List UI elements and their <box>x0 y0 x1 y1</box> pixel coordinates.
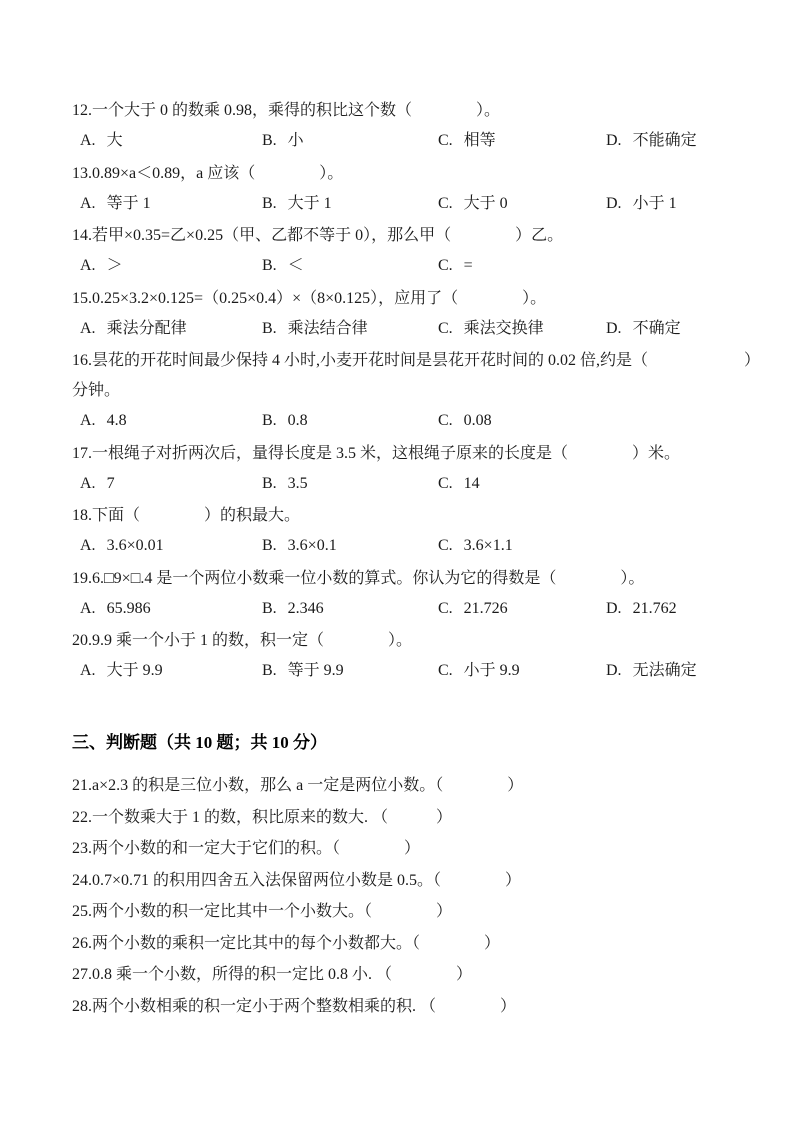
option-label: A. <box>80 537 96 554</box>
choice-question-17: 17.一根绳子对折两次后，量得长度是 3.5 米，这根绳子原来的长度是（ ）米。… <box>72 439 779 499</box>
option-text: 乘法交换律 <box>464 320 544 337</box>
option-label: B. <box>262 412 277 429</box>
option-text: 大于 9.9 <box>107 662 163 679</box>
option-label: B. <box>262 537 277 554</box>
option-b: B.0.8 <box>262 406 438 436</box>
option-label: B. <box>262 195 277 212</box>
question-stem: 20.9.9 乘一个小于 1 的数，积一定（ ）。 <box>72 626 779 656</box>
option-c: C.21.726 <box>438 594 606 624</box>
option-text: 等于 9.9 <box>288 662 344 679</box>
option-text: 3.6×1.1 <box>464 537 513 554</box>
option-text: 14 <box>464 475 480 492</box>
option-text: 大于 1 <box>288 195 332 212</box>
option-text: 乘法结合律 <box>288 320 368 337</box>
option-text: 3.6×0.01 <box>107 537 164 554</box>
option-c: C.14 <box>438 469 606 499</box>
document-page: 12.一个大于 0 的数乘 0.98，乘得的积比这个数（ ）。 A.大B.小C.… <box>0 0 793 1122</box>
judge-question-28: 28.两个小数相乘的积一定小于两个整数相乘的积. （ ） <box>72 992 779 1022</box>
question-stem: 18.下面（ ）的积最大。 <box>72 501 779 531</box>
options-row: A.大B.小C.相等D.不能确定 <box>72 126 779 156</box>
option-text: 小 <box>288 132 304 149</box>
option-label: D. <box>606 320 622 337</box>
option-text: 0.8 <box>288 412 308 429</box>
option-label: D. <box>606 662 622 679</box>
option-label: D. <box>606 600 622 617</box>
option-label: C. <box>438 132 453 149</box>
option-label: A. <box>80 600 96 617</box>
question-stem: 13.0.89×a＜0.89，a 应该（ ）。 <box>72 159 779 189</box>
option-c: C.3.6×1.1 <box>438 531 606 561</box>
section-heading-judgement: 三、判断题（共 10 题；共 10 分） <box>72 728 779 758</box>
option-label: C. <box>438 600 453 617</box>
question-stem: 14.若甲×0.35=乙×0.25（甲、乙都不等于 0），那么甲（ ）乙。 <box>72 221 779 251</box>
option-b: B.3.6×0.1 <box>262 531 438 561</box>
option-text: 无法确定 <box>633 662 697 679</box>
option-b: B.小 <box>262 126 438 156</box>
option-text: 21.726 <box>464 600 508 617</box>
option-label: C. <box>438 537 453 554</box>
option-d: D.小于 1 <box>606 189 677 219</box>
choice-question-16: 16.昙花的开花时间最少保持 4 小时,小麦开花时间是昙花开花时间的 0.02 … <box>72 346 779 436</box>
option-text: 2.346 <box>288 600 324 617</box>
option-a: A.65.986 <box>80 594 262 624</box>
judge-question-25: 25.两个小数的积一定比其中一个小数大。（ ） <box>72 897 779 927</box>
options-row: A.3.6×0.01B.3.6×0.1C.3.6×1.1 <box>72 531 779 561</box>
option-d: D.不确定 <box>606 314 681 344</box>
judge-question-23: 23.两个小数的和一定大于它们的积。（ ） <box>72 834 779 864</box>
option-label: C. <box>438 257 453 274</box>
options-row: A.4.8B.0.8C.0.08 <box>72 406 779 436</box>
options-row: A.65.986B.2.346C.21.726D.21.762 <box>72 594 779 624</box>
option-label: A. <box>80 662 96 679</box>
option-text: 7 <box>107 475 115 492</box>
option-text: 不能确定 <box>633 132 697 149</box>
option-c: C.相等 <box>438 126 606 156</box>
option-a: A.＞ <box>80 251 262 281</box>
option-b: B.＜ <box>262 251 438 281</box>
option-text: 相等 <box>464 132 496 149</box>
option-text: 3.6×0.1 <box>288 537 337 554</box>
option-text: 乘法分配律 <box>107 320 187 337</box>
options-row: A.乘法分配律B.乘法结合律C.乘法交换律D.不确定 <box>72 314 779 344</box>
option-label: B. <box>262 320 277 337</box>
choice-question-14: 14.若甲×0.35=乙×0.25（甲、乙都不等于 0），那么甲（ ）乙。 A.… <box>72 221 779 281</box>
option-b: B.2.346 <box>262 594 438 624</box>
question-stem: 16.昙花的开花时间最少保持 4 小时,小麦开花时间是昙花开花时间的 0.02 … <box>72 346 779 406</box>
option-text: 3.5 <box>288 475 308 492</box>
question-stem: 15.0.25×3.2×0.125=（0.25×0.4）×（8×0.125），应… <box>72 284 779 314</box>
option-c: C.乘法交换律 <box>438 314 606 344</box>
option-d: D.无法确定 <box>606 656 697 686</box>
option-b: B.等于 9.9 <box>262 656 438 686</box>
option-label: C. <box>438 662 453 679</box>
option-d: D.21.762 <box>606 594 677 624</box>
option-text: 小于 9.9 <box>464 662 520 679</box>
judge-question-22: 22.一个数乘大于 1 的数，积比原来的数大. （ ） <box>72 803 779 833</box>
option-c: C.0.08 <box>438 406 606 436</box>
choice-question-19: 19.6.□9×□.4 是一个两位小数乘一位小数的算式。你认为它的得数是（ ）。… <box>72 564 779 624</box>
choice-question-15: 15.0.25×3.2×0.125=（0.25×0.4）×（8×0.125），应… <box>72 284 779 344</box>
option-text: 大于 0 <box>464 195 508 212</box>
option-text: 21.762 <box>633 600 677 617</box>
option-a: A.7 <box>80 469 262 499</box>
option-a: A.乘法分配律 <box>80 314 262 344</box>
option-a: A.大 <box>80 126 262 156</box>
option-label: D. <box>606 195 622 212</box>
option-a: A.4.8 <box>80 406 262 436</box>
option-label: B. <box>262 475 277 492</box>
option-c: C.大于 0 <box>438 189 606 219</box>
option-label: A. <box>80 195 96 212</box>
option-a: A.大于 9.9 <box>80 656 262 686</box>
option-label: B. <box>262 257 277 274</box>
option-label: A. <box>80 132 96 149</box>
question-stem: 17.一根绳子对折两次后，量得长度是 3.5 米，这根绳子原来的长度是（ ）米。 <box>72 439 779 469</box>
option-label: A. <box>80 475 96 492</box>
option-a: A.等于 1 <box>80 189 262 219</box>
option-d: D.不能确定 <box>606 126 697 156</box>
judge-question-27: 27.0.8 乘一个小数，所得的积一定比 0.8 小. （ ） <box>72 960 779 990</box>
option-b: B.3.5 <box>262 469 438 499</box>
option-label: B. <box>262 132 277 149</box>
option-text: 0.08 <box>464 412 492 429</box>
choice-question-12: 12.一个大于 0 的数乘 0.98，乘得的积比这个数（ ）。 A.大B.小C.… <box>72 96 779 156</box>
option-text: ＞ <box>107 257 123 274</box>
option-label: A. <box>80 412 96 429</box>
option-text: 大 <box>107 132 123 149</box>
options-row: A.等于 1B.大于 1C.大于 0D.小于 1 <box>72 189 779 219</box>
choice-question-13: 13.0.89×a＜0.89，a 应该（ ）。 A.等于 1B.大于 1C.大于… <box>72 159 779 219</box>
option-label: D. <box>606 132 622 149</box>
judge-question-26: 26.两个小数的乘积一定比其中的每个小数都大。（ ） <box>72 929 779 959</box>
option-text: 4.8 <box>107 412 127 429</box>
option-c: C.= <box>438 251 606 281</box>
option-c: C.小于 9.9 <box>438 656 606 686</box>
option-text: 不确定 <box>633 320 681 337</box>
option-b: B.大于 1 <box>262 189 438 219</box>
option-b: B.乘法结合律 <box>262 314 438 344</box>
option-label: C. <box>438 320 453 337</box>
question-stem: 19.6.□9×□.4 是一个两位小数乘一位小数的算式。你认为它的得数是（ ）。 <box>72 564 779 594</box>
option-label: C. <box>438 412 453 429</box>
option-text: 等于 1 <box>107 195 151 212</box>
option-label: C. <box>438 475 453 492</box>
judge-question-24: 24.0.7×0.71 的积用四舍五入法保留两位小数是 0.5。（ ） <box>72 866 779 896</box>
option-text: ＜ <box>288 257 304 274</box>
judge-question-21: 21.a×2.3 的积是三位小数，那么 a 一定是两位小数。（ ） <box>72 771 779 801</box>
option-label: A. <box>80 320 96 337</box>
question-stem: 12.一个大于 0 的数乘 0.98，乘得的积比这个数（ ）。 <box>72 96 779 126</box>
option-text: = <box>464 257 473 274</box>
option-text: 65.986 <box>107 600 151 617</box>
option-a: A.3.6×0.01 <box>80 531 262 561</box>
option-label: B. <box>262 662 277 679</box>
option-label: A. <box>80 257 96 274</box>
options-row: A.7B.3.5C.14 <box>72 469 779 499</box>
options-row: A.＞B.＜C.= <box>72 251 779 281</box>
options-row: A.大于 9.9B.等于 9.9C.小于 9.9D.无法确定 <box>72 656 779 686</box>
choice-question-20: 20.9.9 乘一个小于 1 的数，积一定（ ）。 A.大于 9.9B.等于 9… <box>72 626 779 686</box>
option-label: C. <box>438 195 453 212</box>
option-label: B. <box>262 600 277 617</box>
option-text: 小于 1 <box>633 195 677 212</box>
choice-question-18: 18.下面（ ）的积最大。 A.3.6×0.01B.3.6×0.1C.3.6×1… <box>72 501 779 561</box>
